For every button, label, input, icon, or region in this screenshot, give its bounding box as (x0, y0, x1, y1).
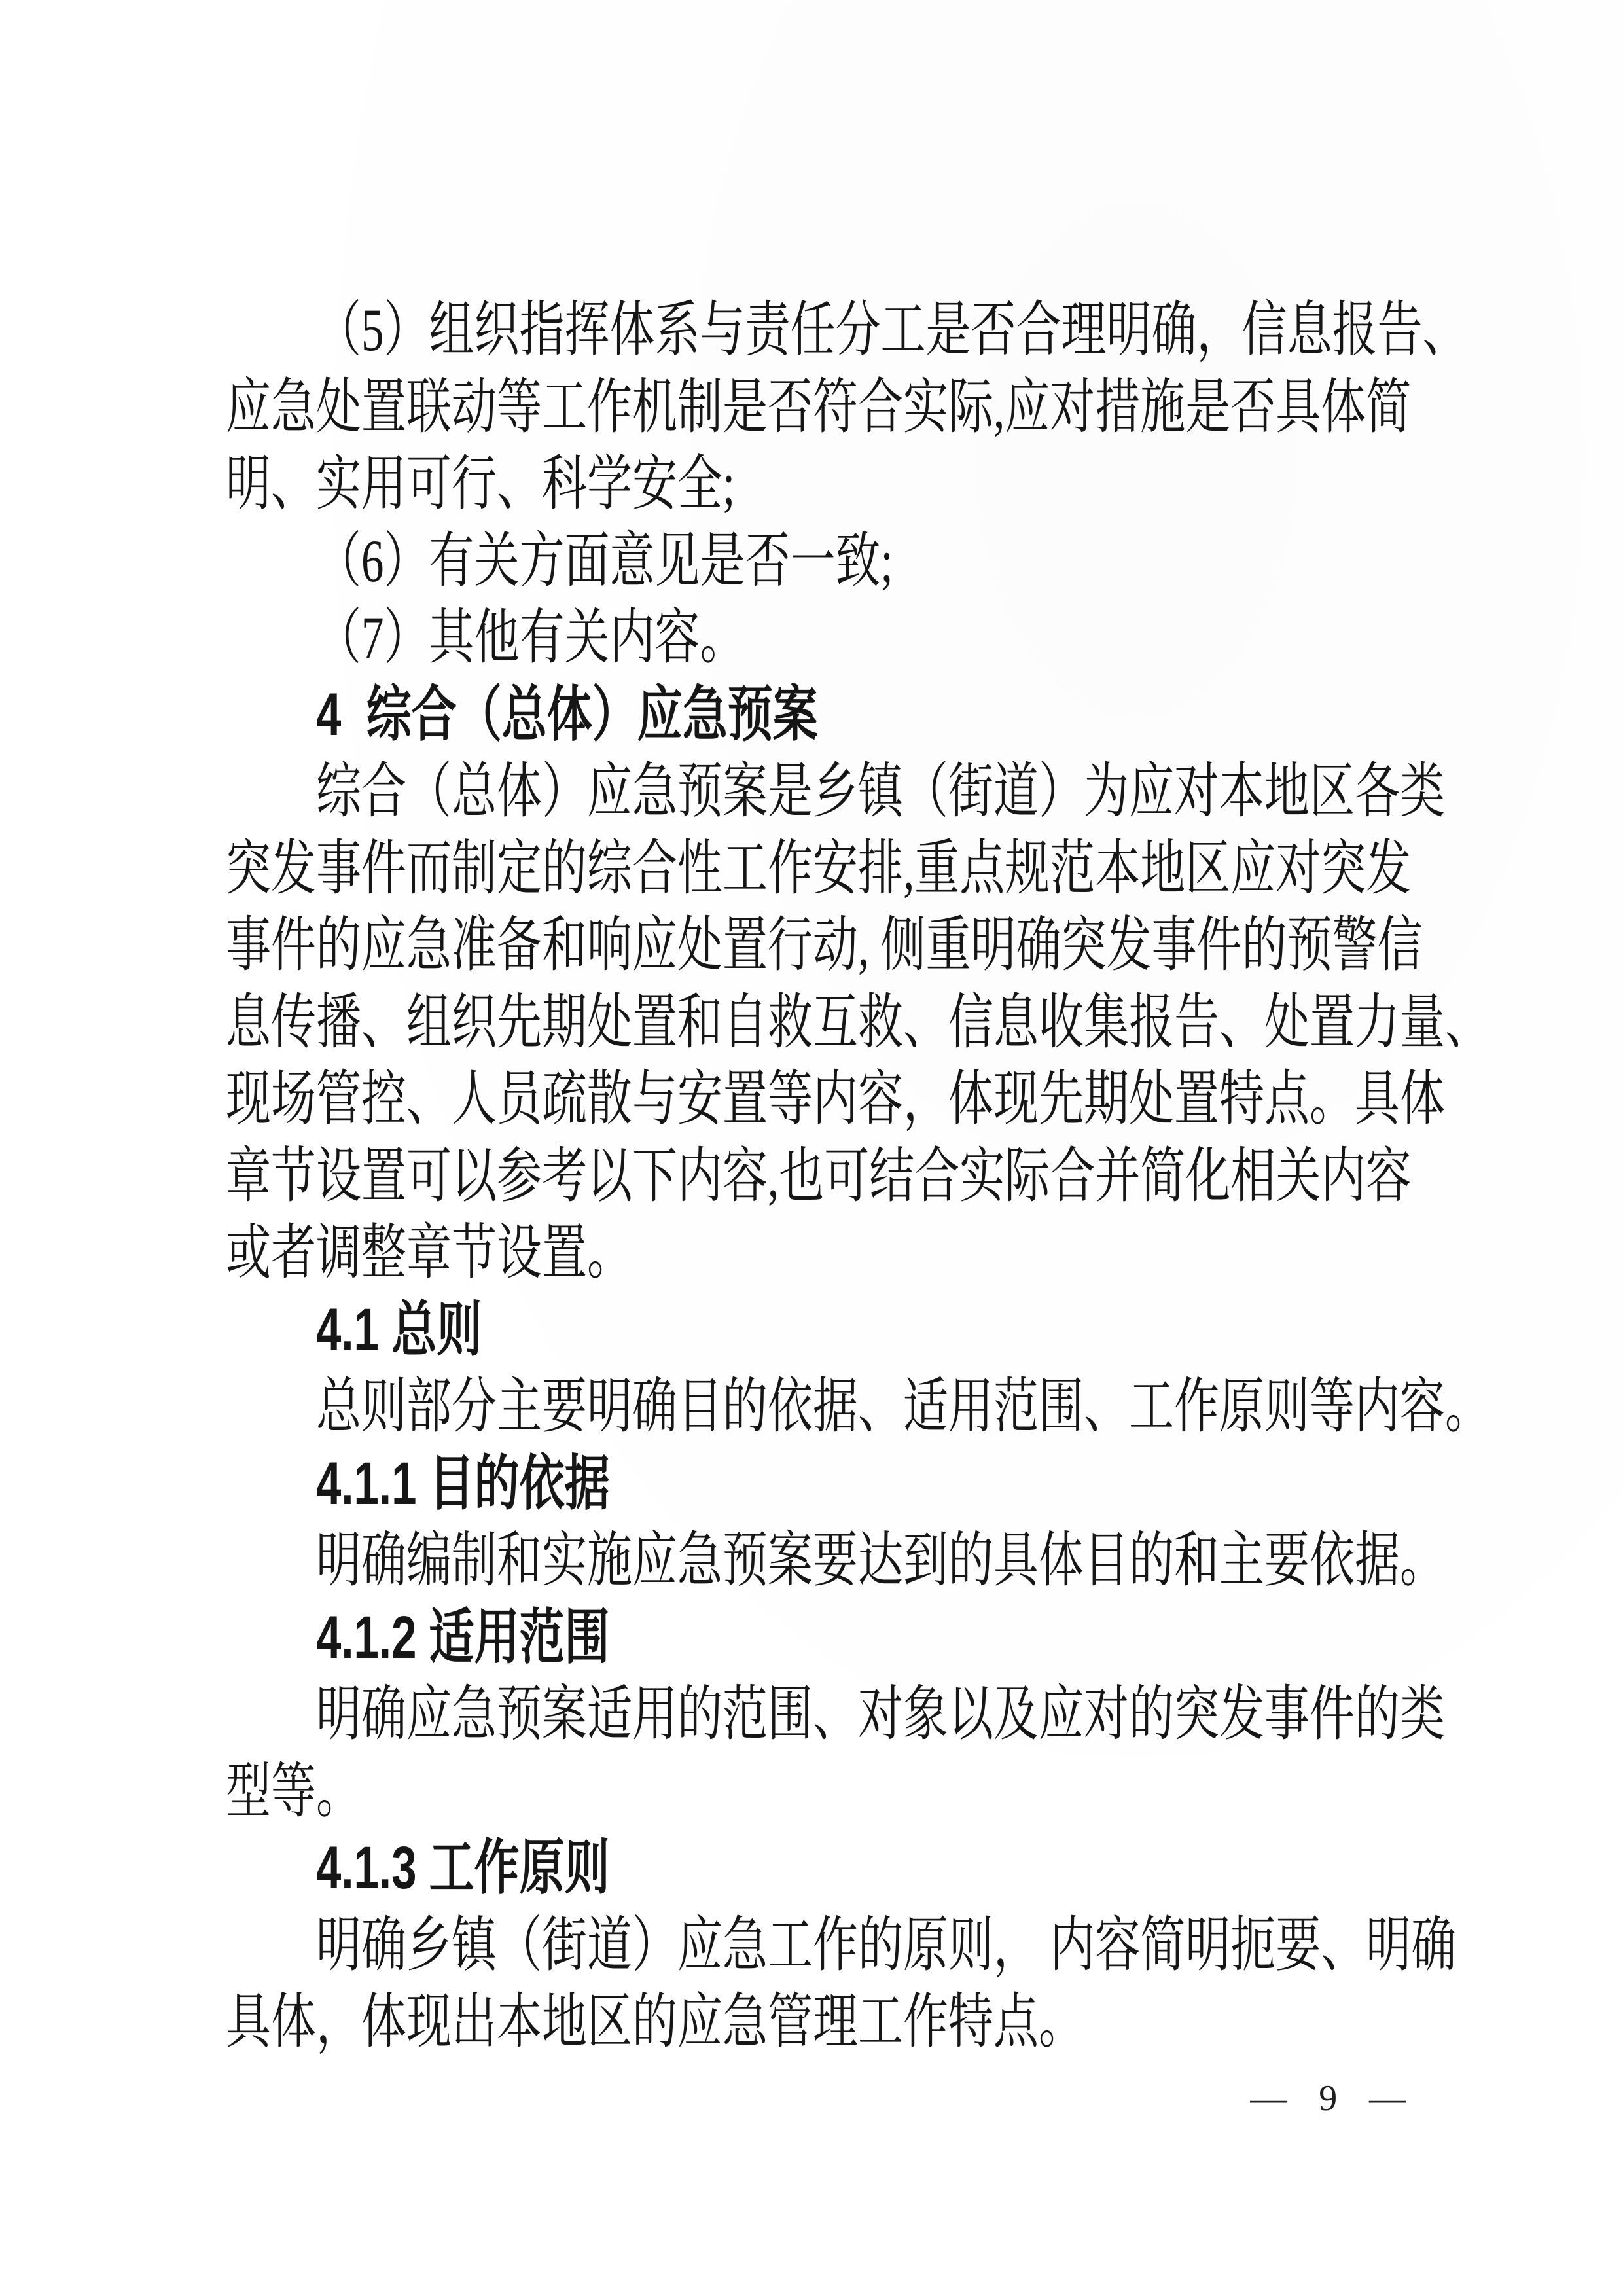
text-line: 明确乡镇（街道）应急工作的原则， 内容简明扼要、明确 (226, 1907, 1207, 1984)
heading-line: 4.1 总则 (226, 1292, 1207, 1369)
text-line: 型等。 (226, 1753, 1207, 1831)
text-line: （6）有关方面意见是否一致; (226, 523, 1207, 600)
text-line: 现场管控、人员疏散与安置等内容，体现先期处置特点。具体 (226, 1061, 1207, 1138)
text-line: 息传播、组织先期处置和自救互救、信息收集报告、处置力量、 (226, 984, 1207, 1062)
text-line: 综合（总体）应急预案是乡镇（街道）为应对本地区各类 (226, 753, 1207, 831)
text-line: 或者调整章节设置。 (226, 1215, 1207, 1292)
text-line: 应急处置联动等工作机制是否符合实际,应对措施是否具体简 (226, 369, 1207, 446)
text-line: 明、实用可行、科学安全; (226, 446, 1207, 523)
text-line: 事件的应急准备和响应处置行动, 侧重明确突发事件的预警信 (226, 907, 1207, 984)
text-line: 明确应急预案适用的范围、对象以及应对的突发事件的类 (226, 1676, 1207, 1753)
text-line: （5）组织指挥体系与责任分工是否合理明确，信息报告、 (226, 292, 1207, 369)
text-body: （5）组织指挥体系与责任分工是否合理明确，信息报告、应急处置联动等工作机制是否符… (226, 292, 1535, 2061)
page-number: — 9 — (1250, 2060, 1407, 2137)
text-line: 突发事件而制定的综合性工作安排,重点规范本地区应对突发 (226, 831, 1207, 908)
heading-line: 4.1.3 工作原则 (226, 1830, 1207, 1907)
text-line: 明确编制和实施应急预案要达到的具体目的和主要依据。 (226, 1522, 1207, 1600)
text-line: （7）其他有关内容。 (226, 600, 1207, 677)
heading-line: 4.1.1 目的依据 (226, 1446, 1207, 1523)
document-page: （5）组织指挥体系与责任分工是否合理明确，信息报告、应急处置联动等工作机制是否符… (0, 0, 1623, 2296)
text-line: 具体，体现出本地区的应急管理工作特点。 (226, 1984, 1207, 2061)
text-line: 章节设置可以参考以下内容,也可结合实际合并简化相关内容 (226, 1138, 1207, 1215)
heading-line: 4 综合（总体）应急预案 (226, 677, 1207, 754)
text-line: 总则部分主要明确目的依据、适用范围、工作原则等内容。 (226, 1369, 1207, 1446)
heading-line: 4.1.2 适用范围 (226, 1600, 1207, 1677)
